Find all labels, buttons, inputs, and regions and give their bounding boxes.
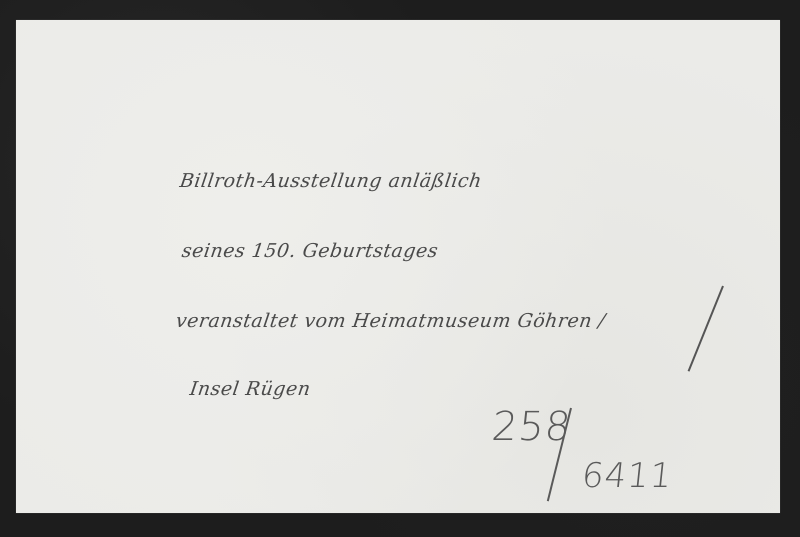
- archive-card: Billroth-Ausstellung anläßlich seines 15…: [16, 20, 780, 513]
- archive-number: 258 6411: [492, 404, 692, 514]
- handwritten-line-3: veranstaltet vom Heimatmuseum Göhren /: [174, 310, 607, 332]
- pen-slash-mark: [688, 286, 724, 372]
- handwritten-line-4: Insel Rügen: [188, 378, 312, 400]
- archive-number-bottom: 6411: [580, 456, 675, 496]
- handwritten-line-2: seines 150. Geburtstages: [180, 240, 439, 262]
- handwritten-line-1: Billroth-Ausstellung anläßlich: [178, 170, 483, 192]
